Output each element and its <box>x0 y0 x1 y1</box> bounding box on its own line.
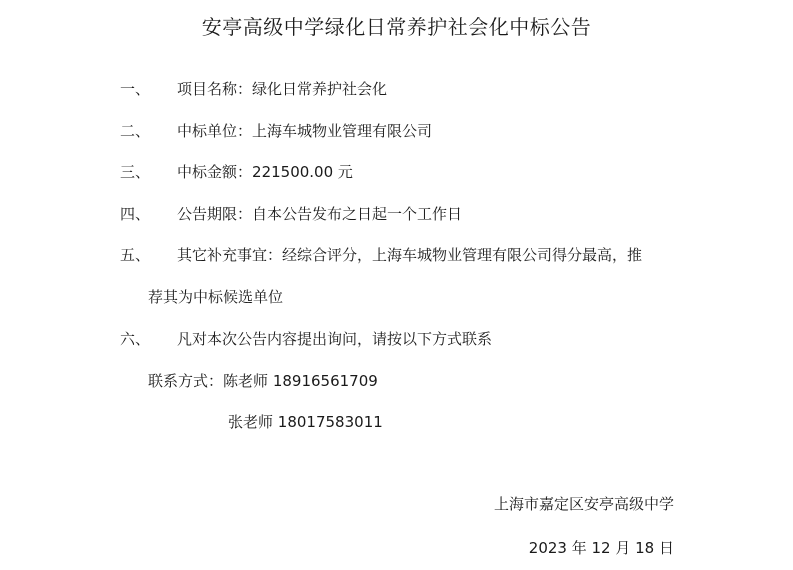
page-title: 安亭高级中学绿化日常养护社会化中标公告 <box>0 14 793 40</box>
contact-phone: 18017583011 <box>278 413 383 431</box>
item-text: 凡对本次公告内容提出询问，请按以下方式联系 <box>177 329 492 349</box>
item-separator: ： <box>267 246 282 264</box>
item-other-matters-continuation: 荐其为中标候选单位 <box>148 287 283 307</box>
item-label: 公告期限 <box>177 205 237 223</box>
item-value: 221500.00 元 <box>252 163 353 181</box>
item-number: 六、 <box>120 329 150 349</box>
item-label: 中标单位 <box>177 122 237 140</box>
contact-label: 联系方式： <box>148 372 223 390</box>
item-label: 中标金额 <box>177 163 237 181</box>
item-number: 四、 <box>120 204 150 224</box>
contact-name: 张老师 <box>228 413 273 431</box>
item-value: 自本公告发布之日起一个工作日 <box>252 205 462 223</box>
contact-phone: 18916561709 <box>273 372 378 390</box>
item-label: 其它补充事宜 <box>177 246 267 264</box>
item-value: 绿化日常养护社会化 <box>252 80 387 98</box>
item-separator: ： <box>237 80 252 98</box>
signature-date: 2023 年 12 月 18 日 <box>529 538 674 558</box>
signature-organization: 上海市嘉定区安亭高级中学 <box>494 494 674 514</box>
item-label: 项目名称 <box>177 80 237 98</box>
item-value: 上海车城物业管理有限公司 <box>252 122 432 140</box>
item-value: 经综合评分，上海车城物业管理有限公司得分最高，推 <box>282 246 642 264</box>
contact-name: 陈老师 <box>223 372 268 390</box>
contact-row-2: 张老师 18017583011 <box>228 412 383 432</box>
contact-row-1: 联系方式：陈老师 18916561709 <box>148 371 378 391</box>
item-separator: ： <box>237 122 252 140</box>
item-number: 二、 <box>120 121 150 141</box>
item-number: 五、 <box>120 245 150 265</box>
item-number: 一、 <box>120 79 150 99</box>
item-separator: ： <box>237 163 252 181</box>
item-separator: ： <box>237 205 252 223</box>
item-number: 三、 <box>120 162 150 182</box>
